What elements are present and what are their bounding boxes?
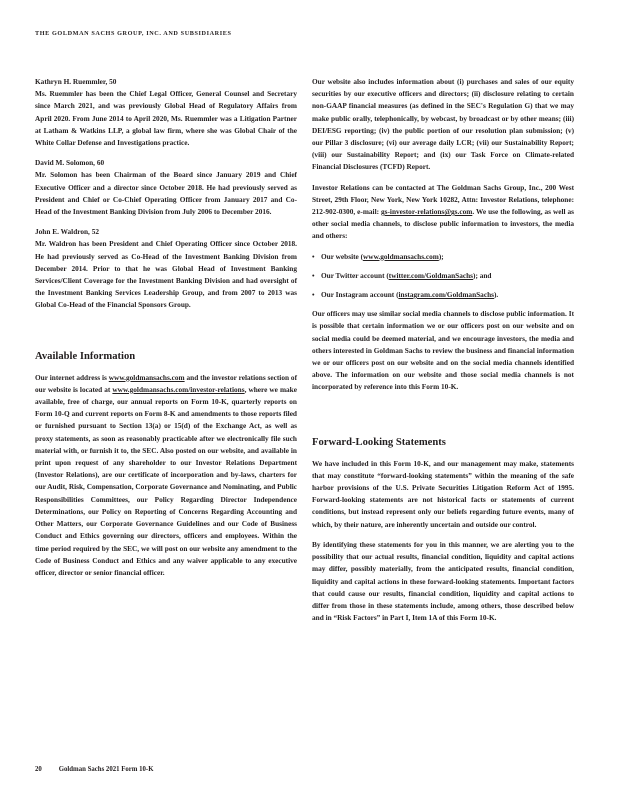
twitter-link[interactable]: twitter.com/GoldmanSachs: [389, 271, 473, 280]
investor-relations-email-link[interactable]: gs-investor-relations@gs.com: [381, 207, 472, 216]
social-channels-list: Our website (www.goldmansachs.com); Our …: [312, 251, 574, 302]
spacer: [312, 402, 574, 436]
officer-name: David M. Solomon, 60: [35, 157, 297, 169]
officer-ruemmler: Kathryn H. Ruemmler, 50 Ms. Ruemmler has…: [35, 76, 297, 149]
officer-bio: Ms. Ruemmler has been the Chief Legal Of…: [35, 88, 297, 149]
text: );: [439, 252, 444, 261]
text: Our internet address is: [35, 373, 109, 382]
spacer: [35, 320, 297, 350]
investor-relations-link[interactable]: www.goldmansachs.com/investor-relations: [112, 385, 244, 394]
channel-website: Our website (www.goldmansachs.com);: [312, 251, 574, 263]
right-column: Our website also includes information ab…: [312, 76, 574, 632]
text: Our Twitter account (: [321, 271, 389, 280]
website-link[interactable]: www.goldmansachs.com: [363, 252, 439, 261]
officer-waldron: John E. Waldron, 52 Mr. Waldron has been…: [35, 226, 297, 311]
instagram-link[interactable]: instagram.com/GoldmanSachs: [399, 290, 494, 299]
text: ); and: [473, 271, 491, 280]
text: ).: [494, 290, 498, 299]
forward-looking-paragraph-2: By identifying these statements for you …: [312, 539, 574, 624]
available-information-paragraph: Our internet address is www.goldmansachs…: [35, 372, 297, 579]
text: , where we make available, free of charg…: [35, 385, 297, 577]
text: Our website (: [321, 252, 363, 261]
officer-bio: Mr. Waldron has been President and Chief…: [35, 238, 297, 311]
available-information-heading: Available Information: [35, 350, 297, 364]
website-info-paragraph: Our website also includes information ab…: [312, 76, 574, 174]
officer-name: Kathryn H. Ruemmler, 50: [35, 76, 297, 88]
page-footer: 20 Goldman Sachs 2021 Form 10-K: [35, 766, 154, 773]
channel-twitter: Our Twitter account (twitter.com/Goldman…: [312, 270, 574, 282]
website-link[interactable]: www.goldmansachs.com: [109, 373, 185, 382]
running-head: The Goldman Sachs Group, Inc. and Subsid…: [35, 30, 232, 37]
page-number: 20: [35, 766, 57, 773]
document-title: Goldman Sachs 2021 Form 10-K: [59, 766, 154, 773]
forward-looking-paragraph-1: We have included in this Form 10-K, and …: [312, 458, 574, 531]
officers-social-paragraph: Our officers may use similar social medi…: [312, 308, 574, 393]
officer-name: John E. Waldron, 52: [35, 226, 297, 238]
forward-looking-heading: Forward-Looking Statements: [312, 436, 574, 450]
text: Our Instagram account (: [321, 290, 399, 299]
left-column: Kathryn H. Ruemmler, 50 Ms. Ruemmler has…: [35, 76, 297, 587]
officer-bio: Mr. Solomon has been Chairman of the Boa…: [35, 169, 297, 218]
investor-relations-paragraph: Investor Relations can be contacted at T…: [312, 182, 574, 243]
officer-solomon: David M. Solomon, 60 Mr. Solomon has bee…: [35, 157, 297, 218]
channel-instagram: Our Instagram account (instagram.com/Gol…: [312, 289, 574, 301]
